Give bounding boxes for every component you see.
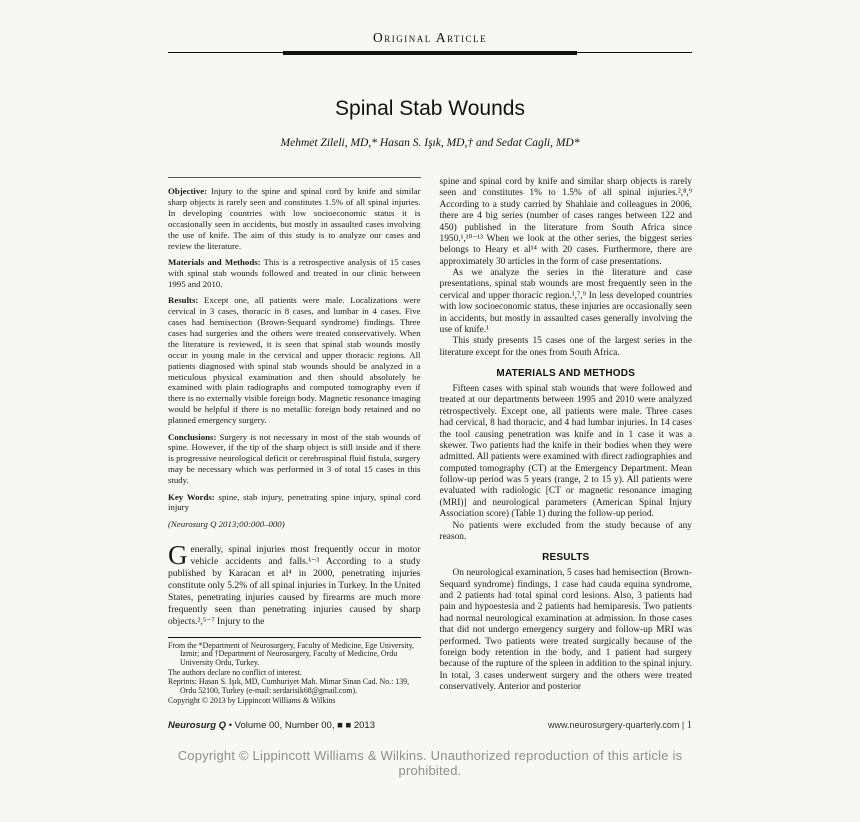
- abstract-citation: (Neurosurg Q 2013;00:000–000): [168, 519, 421, 530]
- footer-journal-name: Neurosurg Q: [168, 720, 226, 731]
- copyright-notice: Copyright © Lippincott Williams & Wilkin…: [168, 748, 692, 778]
- right-column: spine and spinal cord by knife and simil…: [440, 177, 693, 693]
- drop-cap: G: [168, 544, 191, 566]
- abstract-keywords: Key Words: spine, stab injury, penetrati…: [168, 492, 421, 514]
- abstract-conclusions-label: Conclusions:: [168, 432, 216, 442]
- materials-paragraph-2: No patients were excluded from the study…: [440, 521, 693, 544]
- footer-page-number: 1: [687, 720, 692, 731]
- results-heading: RESULTS: [440, 552, 693, 563]
- abstract-results: Results: Except one, all patients were m…: [168, 295, 421, 426]
- article-title: Spinal Stab Wounds: [168, 97, 692, 121]
- body-paragraph-2: As we analyze the series in the literatu…: [440, 268, 693, 336]
- page-footer: Neurosurg Q • Volume 00, Number 00, ■ ■ …: [168, 720, 692, 731]
- abstract-top-rule: [168, 177, 421, 178]
- header-rule: [168, 51, 692, 55]
- header-rule-thick: [283, 51, 576, 55]
- footnote-block: From the *Department of Neurosurgery, Fa…: [168, 637, 421, 706]
- introduction-paragraph: Generally, spinal injuries most frequent…: [168, 544, 421, 627]
- abstract-results-label: Results:: [168, 295, 198, 305]
- footer-journal-info: Neurosurg Q • Volume 00, Number 00, ■ ■ …: [168, 720, 375, 731]
- abstract-conclusions: Conclusions: Surgery is not necessary in…: [168, 432, 421, 487]
- abstract: Objective: Injury to the spine and spina…: [168, 186, 421, 530]
- footer-issue-info: • Volume 00, Number 00, ■ ■ 2013: [226, 720, 375, 731]
- body-paragraph-3: This study presents 15 cases one of the …: [440, 336, 693, 359]
- footnote-affiliation: From the *Department of Neurosurgery, Fa…: [168, 642, 421, 669]
- footer-website-page: www.neurosurgery-quarterly.com | 1: [548, 720, 692, 731]
- abstract-results-text: Except one, all patients were male. Loca…: [168, 295, 421, 425]
- abstract-materials-label: Materials and Methods:: [168, 257, 261, 267]
- materials-paragraph-1: Fifteen cases with spinal stab wounds th…: [440, 384, 693, 521]
- abstract-keywords-label: Key Words:: [168, 492, 215, 502]
- introduction-text: enerally, spinal injuries most frequentl…: [168, 544, 421, 626]
- materials-methods-heading: MATERIALS AND METHODS: [440, 368, 693, 379]
- running-head: Original Article: [168, 30, 692, 46]
- footer-website: www.neurosurgery-quarterly.com: [548, 720, 679, 730]
- footnote-copyright: Copyright © 2013 by Lippincott Williams …: [168, 697, 421, 706]
- abstract-objective-label: Objective:: [168, 186, 207, 196]
- journal-page: Original Article Spinal Stab Wounds Mehm…: [168, 0, 692, 778]
- body-continuation-paragraph: spine and spinal cord by knife and simil…: [440, 177, 693, 268]
- two-column-layout: Objective: Injury to the spine and spina…: [168, 177, 692, 706]
- left-column: Objective: Injury to the spine and spina…: [168, 177, 421, 706]
- abstract-objective: Objective: Injury to the spine and spina…: [168, 186, 421, 251]
- footer-separator: |: [682, 720, 684, 730]
- abstract-materials: Materials and Methods: This is a retrosp…: [168, 257, 421, 290]
- footnote-reprints: Reprints: Hasan S. Işık, MD, Cumhuriyet …: [168, 678, 421, 696]
- article-authors: Mehmet Zileli, MD,* Hasan S. Işık, MD,† …: [168, 137, 692, 149]
- results-paragraph-1: On neurological examination, 5 cases had…: [440, 568, 693, 693]
